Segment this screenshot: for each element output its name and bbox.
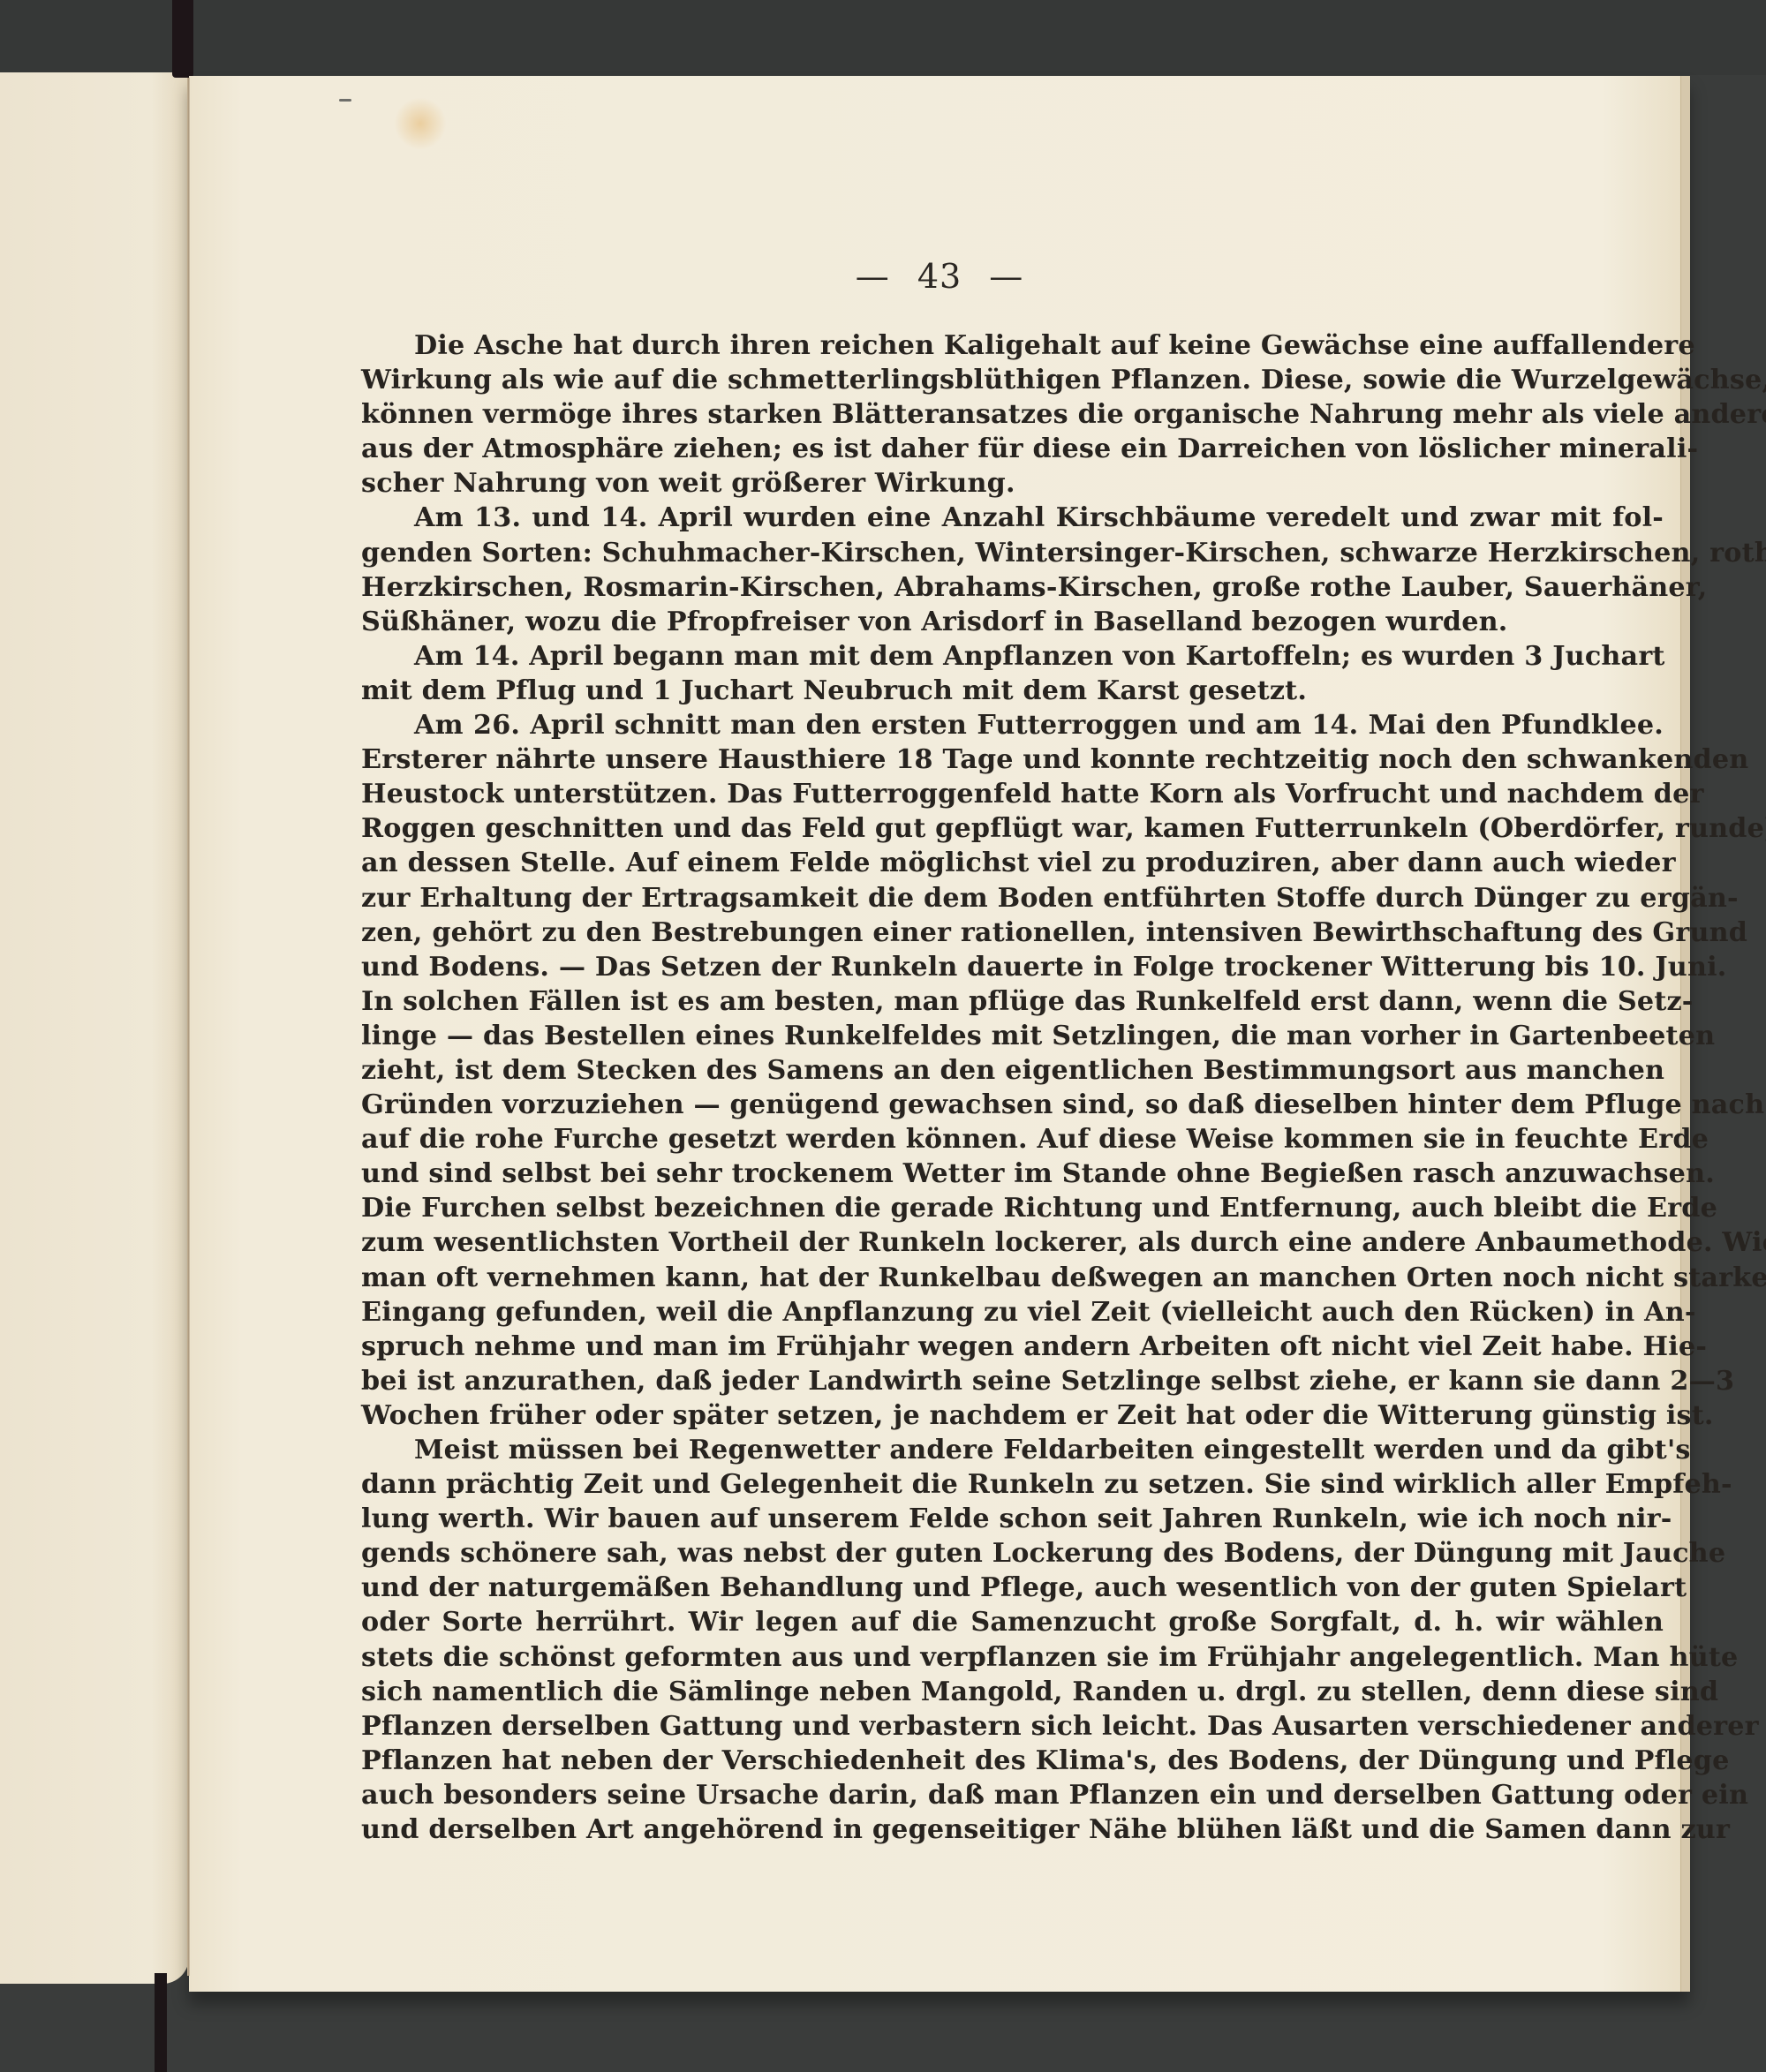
text-line: sich namentlich die Sämlinge neben Mango…: [361, 1675, 1664, 1709]
text-line: auch besonders seine Ursache darin, daß …: [361, 1778, 1664, 1812]
text-line: bei ist anzurathen, daß jeder Landwirth …: [361, 1364, 1664, 1398]
text-line: man oft vernehmen kann, hat der Runkelba…: [361, 1261, 1664, 1295]
text-line: Die Asche hat durch ihren reichen Kalige…: [361, 328, 1664, 363]
scanner-backdrop: [0, 0, 1766, 75]
text-line: Eingang gefunden, weil die Anpflanzung z…: [361, 1295, 1664, 1330]
text-line: lung werth. Wir bauen auf unserem Felde …: [361, 1502, 1664, 1536]
bookmark-ribbon-bottom: [155, 1973, 167, 2072]
book-page: — 43 — Die Asche hat durch ihren reichen…: [189, 76, 1690, 1992]
text-line: gends schönere sah, was nebst der guten …: [361, 1536, 1664, 1571]
text-line: und derselben Art angehörend in gegensei…: [361, 1812, 1664, 1847]
body-text: Die Asche hat durch ihren reichen Kalige…: [361, 328, 1664, 1847]
text-line: Wirkung als wie auf die schmetterlingsbl…: [361, 363, 1664, 397]
paper-speck: [339, 99, 351, 102]
text-line: Wochen früher oder später setzen, je nac…: [361, 1398, 1664, 1433]
text-line: Herzkirschen, Rosmarin-Kirschen, Abraham…: [361, 570, 1664, 605]
paper-stain: [394, 97, 447, 150]
text-line: oder Sorte herrührt. Wir legen auf die S…: [361, 1605, 1664, 1639]
page-number: — 43 —: [189, 257, 1690, 296]
text-line: genden Sorten: Schuhmacher-Kirschen, Win…: [361, 536, 1664, 570]
text-line: Meist müssen bei Regenwetter andere Feld…: [361, 1433, 1664, 1467]
text-line: stets die schönst geformten aus und verp…: [361, 1640, 1664, 1675]
text-line: dann prächtig Zeit und Gelegenheit die R…: [361, 1467, 1664, 1502]
text-line: und der naturgemäßen Behandlung und Pfle…: [361, 1571, 1664, 1605]
bookmark-ribbon-top: [172, 0, 193, 78]
text-line: scher Nahrung von weit größerer Wirkung.: [361, 466, 1664, 501]
text-line: zur Erhaltung der Ertragsamkeit die dem …: [361, 881, 1664, 915]
page-number-dash-right: —: [989, 257, 1023, 296]
text-line: Süßhäner, wozu die Pfropfreiser von Aris…: [361, 605, 1664, 639]
text-line: Am 13. und 14. April wurden eine Anzahl …: [361, 501, 1664, 535]
text-line: Gründen vorzuziehen — genügend gewachsen…: [361, 1088, 1664, 1122]
text-line: mit dem Pflug und 1 Juchart Neubruch mit…: [361, 674, 1664, 708]
text-line: Ersterer nährte unsere Hausthiere 18 Tag…: [361, 742, 1664, 777]
page-number-value: 43: [917, 257, 962, 296]
text-line: Am 14. April begann man mit dem Anpflanz…: [361, 639, 1664, 674]
text-line: spruch nehme und man im Frühjahr wegen a…: [361, 1330, 1664, 1364]
book-gutter: [187, 78, 190, 1976]
text-line: und sind selbst bei sehr trockenem Wette…: [361, 1157, 1664, 1191]
text-line: Pflanzen hat neben der Verschiedenheit d…: [361, 1744, 1664, 1778]
text-line: Die Furchen selbst bezeichnen die gerade…: [361, 1191, 1664, 1225]
text-line: und Bodens. — Das Setzen der Runkeln dau…: [361, 950, 1664, 984]
text-line: Am 26. April schnitt man den ersten Futt…: [361, 708, 1664, 742]
text-line: an dessen Stelle. Auf einem Felde möglic…: [361, 846, 1664, 880]
text-line: Heustock unterstützen. Das Futterroggenf…: [361, 777, 1664, 811]
text-line: auf die rohe Furche gesetzt werden könne…: [361, 1122, 1664, 1157]
text-line: zen, gehört zu den Bestrebungen einer ra…: [361, 915, 1664, 950]
text-line: aus der Atmosphäre ziehen; es ist daher …: [361, 432, 1664, 466]
left-page-edge: [0, 72, 189, 1984]
text-line: Pflanzen derselben Gattung und verbaster…: [361, 1709, 1664, 1744]
text-line: In solchen Fällen ist es am besten, man …: [361, 984, 1664, 1019]
text-line: Roggen geschnitten und das Feld gut gepf…: [361, 811, 1664, 846]
text-line: linge — das Bestellen eines Runkelfeldes…: [361, 1019, 1664, 1053]
text-line: zieht, ist dem Stecken des Samens an den…: [361, 1053, 1664, 1088]
text-line: zum wesentlichsten Vortheil der Runkeln …: [361, 1225, 1664, 1260]
page-number-dash-left: —: [856, 257, 890, 296]
text-line: können vermöge ihres starken Blätteransa…: [361, 397, 1664, 432]
